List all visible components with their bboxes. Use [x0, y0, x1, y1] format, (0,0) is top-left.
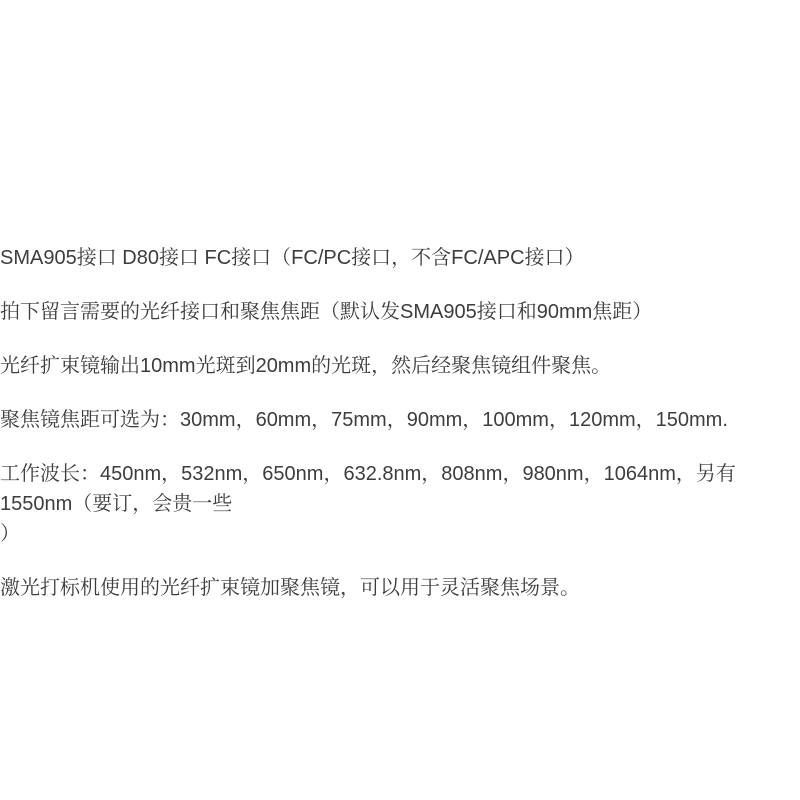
focal-length-options-line: 聚焦镜焦距可选为：30mm，60mm，75mm，90mm，100mm，120mm…: [0, 405, 800, 435]
connector-options-paragraph: SMA905接口 D80接口 FC接口（FC/PC接口，不含FC/APC接口）: [0, 243, 800, 273]
beam-expander-description-paragraph: 光纤扩束镜输出10mm光斑到20mm的光斑，然后经聚焦镜组件聚焦。: [0, 351, 800, 381]
order-note-line: 拍下留言需要的光纤接口和聚焦焦距（默认发SMA905接口和90mm焦距）: [0, 297, 800, 327]
application-note-paragraph: 激光打标机使用的光纤扩束镜加聚焦镜，可以用于灵活聚焦场景。: [0, 573, 800, 603]
wavelength-options-line-2: ）: [0, 519, 800, 549]
wavelength-options-line-1: 工作波长：450nm，532nm，650nm，632.8nm，808nm，980…: [0, 459, 800, 519]
wavelength-options-paragraph: 工作波长：450nm，532nm，650nm，632.8nm，808nm，980…: [0, 459, 800, 549]
connector-options-line: SMA905接口 D80接口 FC接口（FC/PC接口，不含FC/APC接口）: [0, 243, 800, 273]
focal-length-options-paragraph: 聚焦镜焦距可选为：30mm，60mm，75mm，90mm，100mm，120mm…: [0, 405, 800, 435]
beam-expander-description-line: 光纤扩束镜输出10mm光斑到20mm的光斑，然后经聚焦镜组件聚焦。: [0, 351, 800, 381]
product-description-page: SMA905接口 D80接口 FC接口（FC/PC接口，不含FC/APC接口） …: [0, 0, 800, 800]
application-note-line: 激光打标机使用的光纤扩束镜加聚焦镜，可以用于灵活聚焦场景。: [0, 573, 800, 603]
order-note-paragraph: 拍下留言需要的光纤接口和聚焦焦距（默认发SMA905接口和90mm焦距）: [0, 297, 800, 327]
